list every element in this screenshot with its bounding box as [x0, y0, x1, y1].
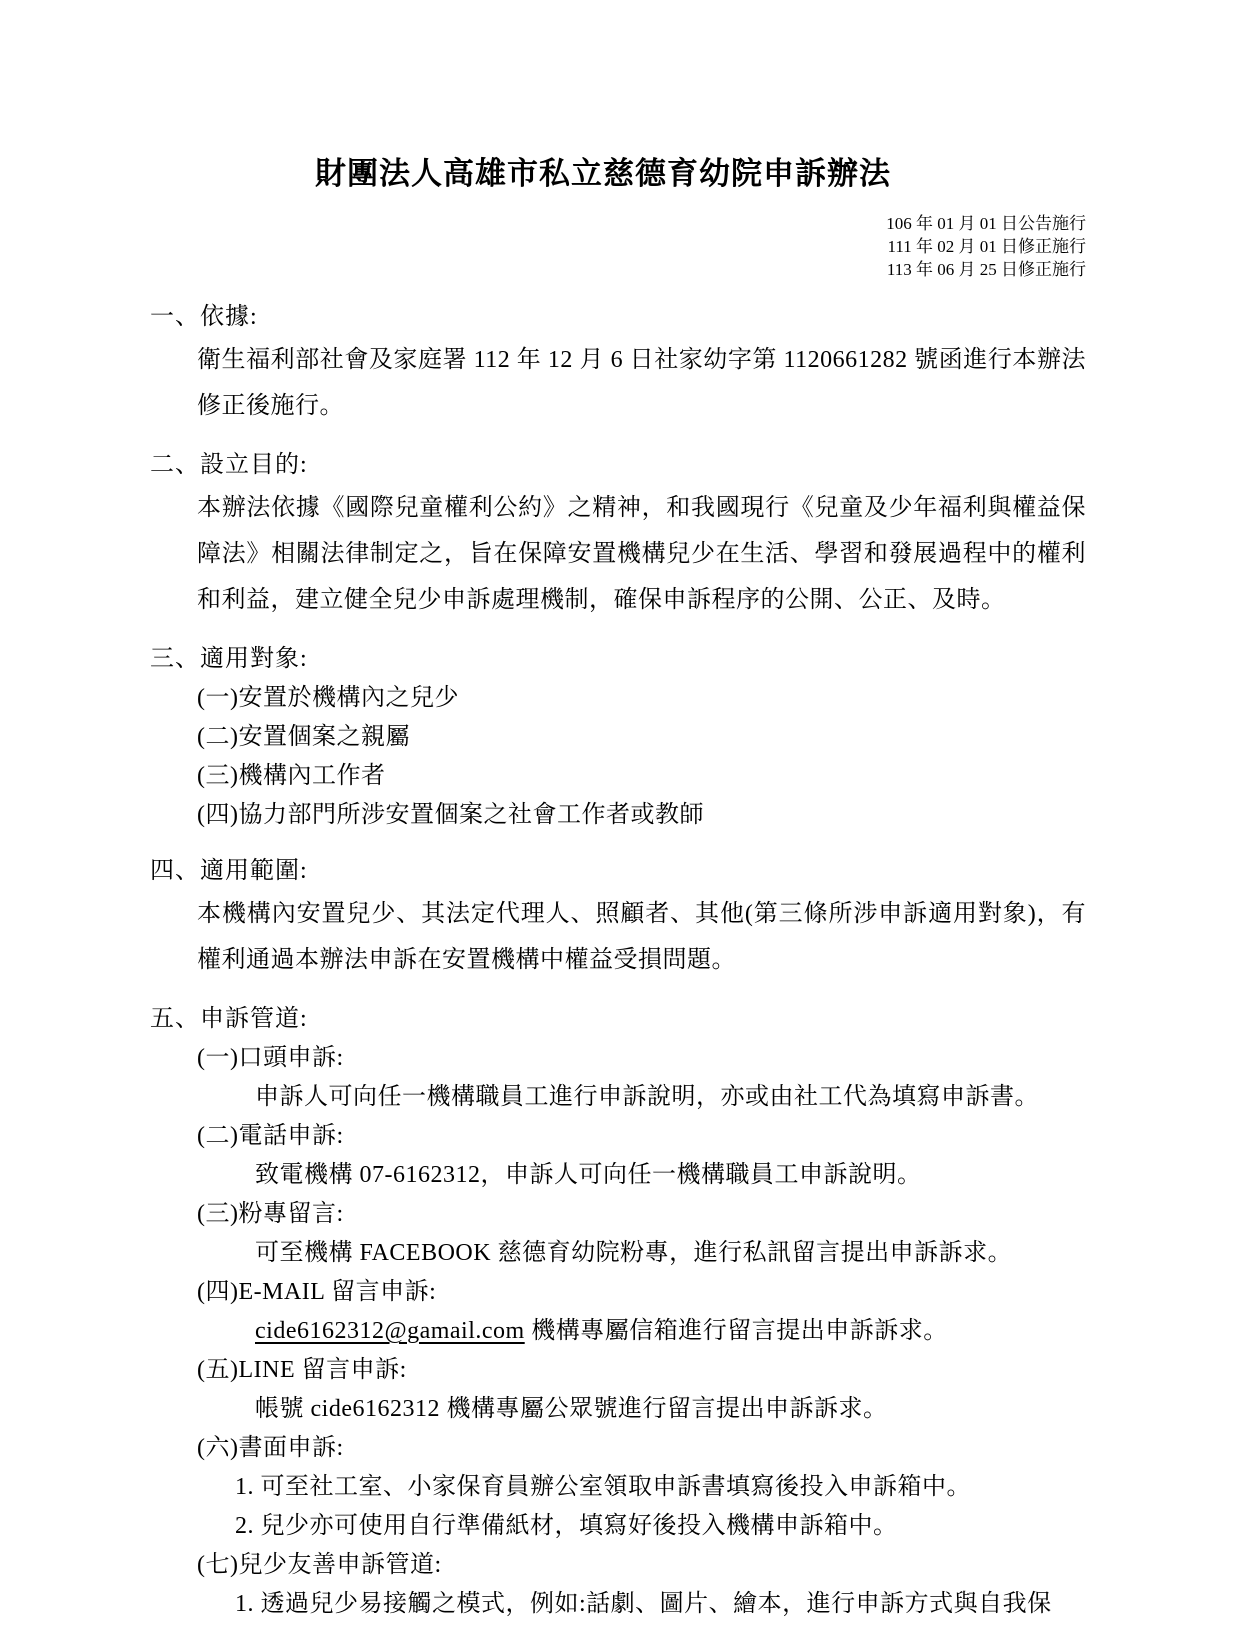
list-item: (七)兒少友善申訴管道:	[197, 1546, 1086, 1585]
numbered-item: 2. 兒少亦可使用自行準備紙材，填寫好後投入機構申訴箱中。	[235, 1507, 1086, 1546]
email-detail-line: cide6162312@gamail.com 機構專屬信箱進行留言提出申訴訴求。	[255, 1312, 1086, 1351]
list-item-detail: 申訴人可向任一機構職員工進行申訴說明，亦或由社工代為填寫申訴書。	[255, 1078, 1086, 1117]
list-item-detail: 帳號 cide6162312 機構專屬公眾號進行留言提出申訴訴求。	[255, 1390, 1086, 1429]
document-body: 一、依據:衛生福利部社會及家庭署 112 年 12 月 6 日社家幼字第 112…	[150, 297, 1086, 1624]
document-title: 財團法人高雄市私立慈德育幼院申訴辦法	[150, 152, 1086, 196]
section-heading: 一、依據:	[150, 297, 1086, 337]
document-page: 財團法人高雄市私立慈德育幼院申訴辦法 106 年 01 月 01 日公告施行11…	[0, 0, 1241, 1633]
section-paragraph: 衛生福利部社會及家庭署 112 年 12 月 6 日社家幼字第 11206612…	[197, 337, 1086, 429]
section-heading: 四、適用範圍:	[150, 851, 1086, 891]
list-item: (一)口頭申訴:	[197, 1039, 1086, 1078]
list-item: (四)協力部門所涉安置個案之社會工作者或教師	[197, 796, 1086, 835]
section-heading: 二、設立目的:	[150, 445, 1086, 485]
list-item: (六)書面申訴:	[197, 1429, 1086, 1468]
revision-date: 111 年 02 月 01 日修正施行	[150, 235, 1086, 258]
numbered-item: 1. 透過兒少易接觸之模式，例如:話劇、圖片、繪本，進行申訴方式與自我保	[235, 1585, 1086, 1624]
list-item: (五)LINE 留言申訴:	[197, 1351, 1086, 1390]
revision-date: 106 年 01 月 01 日公告施行	[150, 212, 1086, 235]
section-paragraph: 本辦法依據《國際兒童權利公約》之精神，和我國現行《兒童及少年福利與權益保障法》相…	[197, 485, 1086, 623]
list-item: (三)機構內工作者	[197, 757, 1086, 796]
list-item: (二)電話申訴:	[197, 1117, 1086, 1156]
list-item: (一)安置於機構內之兒少	[197, 679, 1086, 718]
document-content: 財團法人高雄市私立慈德育幼院申訴辦法 106 年 01 月 01 日公告施行11…	[0, 0, 1241, 1624]
revision-dates: 106 年 01 月 01 日公告施行111 年 02 月 01 日修正施行11…	[150, 212, 1086, 281]
list-item: (三)粉專留言:	[197, 1195, 1086, 1234]
section-heading: 五、申訴管道:	[150, 999, 1086, 1039]
section-paragraph: 本機構內安置兒少、其法定代理人、照顧者、其他(第三條所涉申訴適用對象)，有權利通…	[197, 891, 1086, 983]
list-item-detail: 可至機構 FACEBOOK 慈德育幼院粉專，進行私訊留言提出申訴訴求。	[255, 1234, 1086, 1273]
list-item: (四)E-MAIL 留言申訴:	[197, 1273, 1086, 1312]
revision-date: 113 年 06 月 25 日修正施行	[150, 258, 1086, 281]
numbered-item: 1. 可至社工室、小家保育員辦公室領取申訴書填寫後投入申訴箱中。	[235, 1468, 1086, 1507]
email-link[interactable]: cide6162312@gamail.com	[255, 1318, 525, 1344]
list-item-detail: 致電機構 07-6162312，申訴人可向任一機構職員工申訴說明。	[255, 1156, 1086, 1195]
section-heading: 三、適用對象:	[150, 639, 1086, 679]
list-item: (二)安置個案之親屬	[197, 718, 1086, 757]
